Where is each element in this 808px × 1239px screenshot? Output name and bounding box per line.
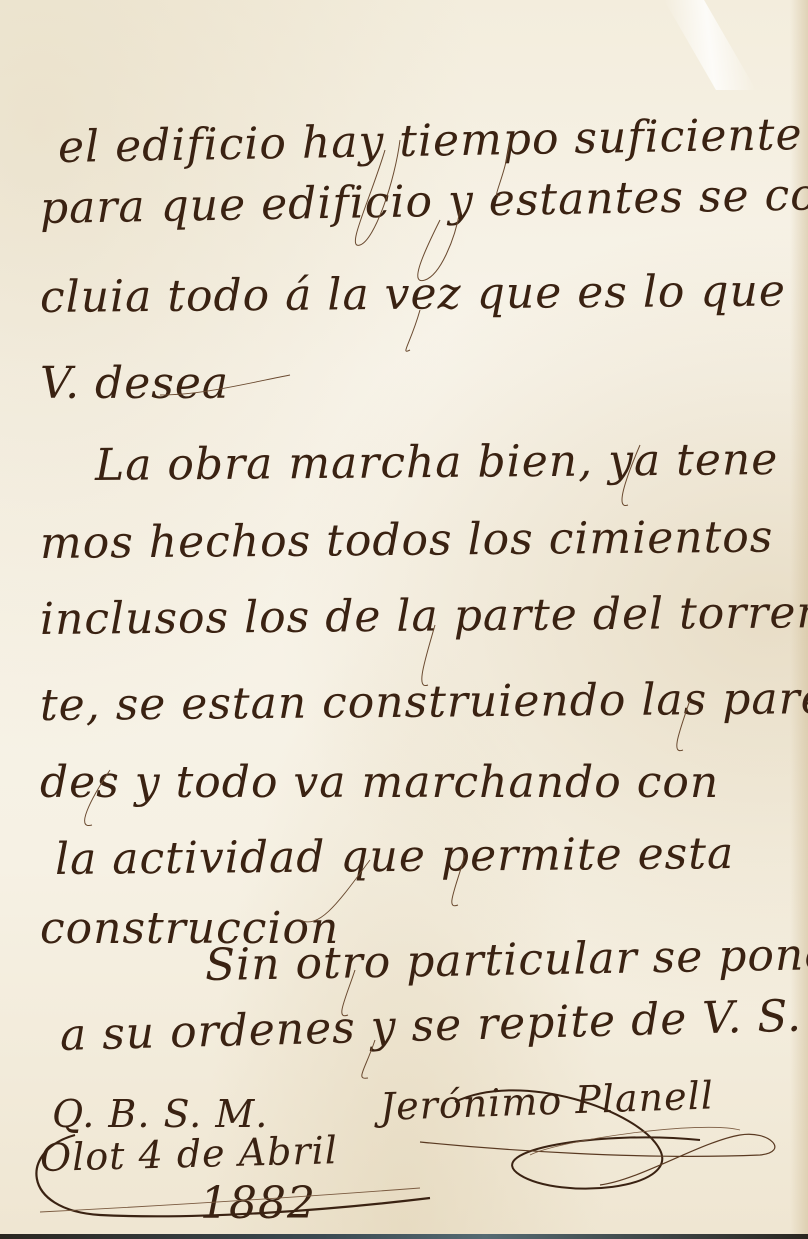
closing-line-2: a su ordenes y se repite de V. S. — [59, 991, 802, 1061]
body-line-5: La obra marcha bien, ya tene — [95, 434, 779, 491]
closing-line-1: Sin otro particular se pone — [205, 929, 808, 991]
body-line-3: cluia todo á la vez que es lo que — [40, 265, 786, 323]
place-date: Olot 4 de Abril — [39, 1128, 338, 1180]
body-line-10: la actividad que permite esta — [55, 828, 735, 885]
scan-bottom-edge — [0, 1234, 808, 1239]
paper-fold-highlight — [664, 0, 756, 90]
body-line-2: para que edificio y estantes se con — [40, 169, 808, 234]
body-line-7: inclusos los de la parte del torren — [40, 587, 808, 645]
body-line-6: mos hechos todos los cimientos — [40, 512, 774, 569]
signature-name: Jerónimo Planell — [379, 1073, 714, 1129]
body-line-8: te, se estan construiendo las pare — [40, 673, 808, 731]
body-line-1: el edificio hay tiempo suficiente — [58, 109, 803, 173]
body-line-9: des y todo va marchando con — [40, 757, 719, 808]
date-year: 1882 — [200, 1178, 316, 1229]
letter-page: el edificio hay tiempo suficiente para q… — [0, 0, 808, 1234]
closing-abbreviation: Q. B. S. M. — [52, 1092, 268, 1136]
body-line-4: V. desea — [40, 358, 229, 409]
